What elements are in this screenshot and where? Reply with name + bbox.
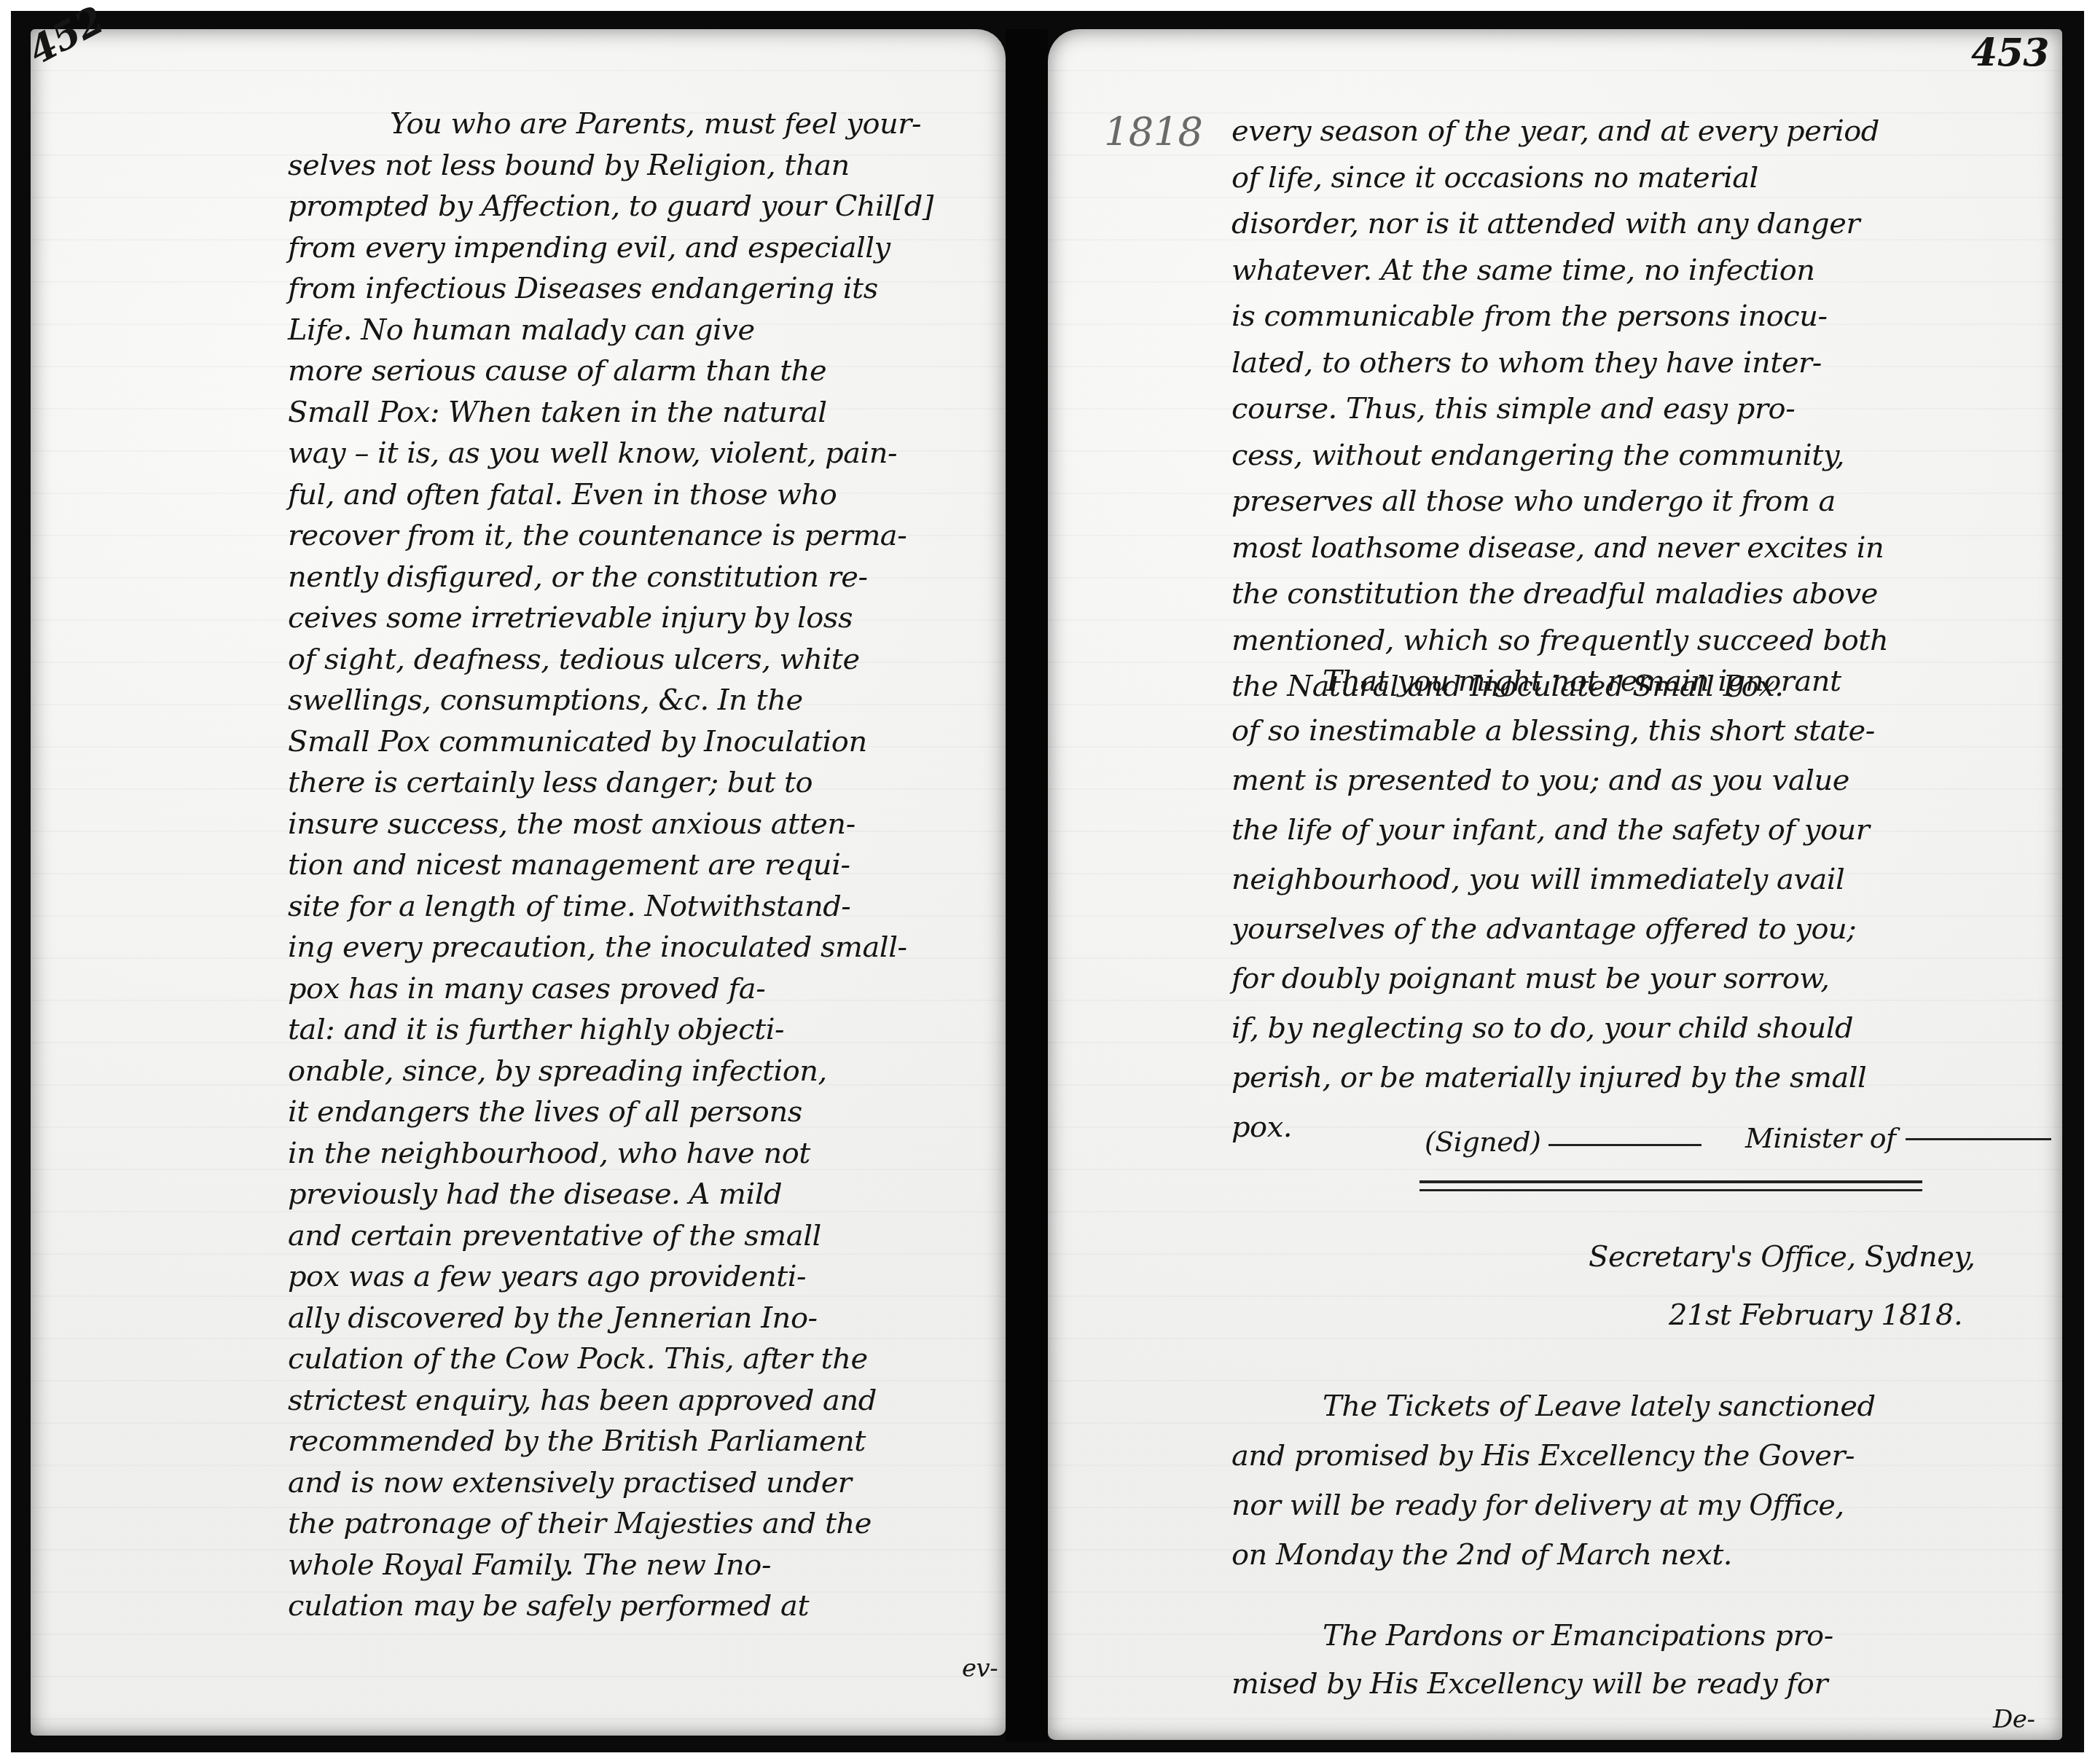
manuscript-line: pox. — [1231, 1113, 1292, 1142]
margin-year-note: 1818 — [1104, 109, 1202, 155]
manuscript-line: disorder, nor is it attended with any da… — [1231, 209, 1860, 238]
manuscript-line: The Tickets of Leave lately sanctioned — [1323, 1392, 1876, 1421]
manuscript-line: ally discovered by the Jennerian Ino- — [288, 1304, 817, 1333]
manuscript-line: preserves all those who undergo it from … — [1231, 487, 1836, 516]
manuscript-line: and promised by His Excellency the Gover… — [1231, 1441, 1855, 1470]
manuscript-line: ful, and often fatal. Even in those who — [288, 480, 837, 509]
manuscript-line: perish, or be materially injured by the … — [1231, 1063, 1866, 1092]
manuscript-line: if, by neglecting so to do, your child s… — [1231, 1014, 1853, 1043]
manuscript-line: on Monday the 2nd of March next. — [1231, 1540, 1732, 1569]
manuscript-line: prompted by Affection, to guard your Chi… — [288, 192, 933, 221]
signed-label: (Signed) — [1425, 1126, 1540, 1158]
right-catchword: De- — [1993, 1705, 2035, 1734]
manuscript-line: Life. No human malady can give — [288, 315, 755, 345]
manuscript-line: of so inestimable a blessing, this short… — [1231, 716, 1875, 745]
manuscript-line: from every impending evil, and especiall… — [288, 233, 890, 262]
manuscript-line: strictest enquiry, has been approved and — [288, 1386, 877, 1415]
minister-label: Minister of — [1745, 1122, 1896, 1154]
manuscript-line: ceives some irretrievable injury by loss — [288, 603, 853, 632]
manuscript-line: culation of the Cow Pock. This, after th… — [288, 1344, 868, 1373]
dateline-date: 21st February 1818. — [1669, 1301, 1962, 1330]
manuscript-line: cess, without endangering the community, — [1231, 441, 1844, 470]
manuscript-line: swellings, consumptions, &c. In the — [288, 686, 803, 715]
manuscript-line: onable, since, by spreading infection, — [288, 1057, 827, 1086]
manuscript-line: recover from it, the countenance is perm… — [288, 521, 906, 550]
manuscript-line: mised by His Excellency will be ready fo… — [1231, 1669, 1828, 1698]
manuscript-line: The Pardons or Emancipations pro- — [1323, 1621, 1833, 1650]
minister-blank-line — [1906, 1138, 2051, 1140]
manuscript-line: insure success, the most anxious atten- — [288, 810, 855, 839]
manuscript-line: the constitution the dreadful maladies a… — [1231, 579, 1878, 608]
manuscript-line: from infectious Diseases endangering its — [288, 274, 878, 303]
manuscript-line: selves not less bound by Religion, than — [288, 151, 850, 180]
manuscript-line: the life of your infant, and the safety … — [1231, 815, 1869, 844]
double-rule-bottom — [1419, 1189, 1922, 1191]
manuscript-line: of life, since it occasions no material — [1231, 163, 1758, 192]
manuscript-line: and certain preventative of the small — [288, 1221, 821, 1250]
manuscript-line: recommended by the British Parliament — [288, 1427, 866, 1456]
manuscript-line: most loathsome disease, and never excite… — [1231, 533, 1884, 562]
manuscript-line: whatever. At the same time, no infection — [1231, 256, 1815, 285]
manuscript-line: is communicable from the persons inocu- — [1231, 302, 1827, 331]
manuscript-line: Small Pox: When taken in the natural — [288, 398, 827, 427]
dateline-place: Secretary's Office, Sydney, — [1589, 1242, 1975, 1271]
manuscript-line: tion and nicest management are requi- — [288, 850, 850, 879]
manuscript-line: and is now extensively practised under — [288, 1468, 851, 1497]
left-catchword: ev- — [962, 1654, 998, 1683]
manuscript-line: of sight, deafness, tedious ulcers, whit… — [288, 645, 860, 674]
book-gutter — [1006, 29, 1048, 1741]
manuscript-line: more serious cause of alarm than the — [288, 356, 826, 385]
manuscript-line: previously had the disease. A mild — [288, 1180, 782, 1209]
manuscript-line: ment is presented to you; and as you val… — [1231, 766, 1849, 795]
manuscript-line: pox was a few years ago providenti- — [288, 1262, 806, 1291]
manuscript-line: pox has in many cases proved fa- — [288, 974, 765, 1003]
manuscript-line: it endangers the lives of all persons — [288, 1097, 802, 1126]
manuscript-line: neighbourhood, you will immediately avai… — [1231, 865, 1844, 894]
manuscript-line: That you might not remain ignorant — [1323, 667, 1841, 696]
manuscript-line: course. Thus, this simple and easy pro- — [1231, 394, 1795, 423]
manuscript-line: the patronage of their Majesties and the — [288, 1509, 872, 1538]
right-page-number: 453 — [1971, 31, 2049, 75]
manuscript-line: for doubly poignant must be your sorrow, — [1231, 964, 1830, 993]
manuscript-line: in the neighbourhood, who have not — [288, 1139, 810, 1168]
manuscript-line: nently disfigured, or the constitution r… — [288, 562, 867, 592]
manuscript-line: You who are Parents, must feel your- — [390, 109, 921, 138]
manuscript-line: nor will be ready for delivery at my Off… — [1231, 1491, 1844, 1520]
manuscript-line: there is certainly less danger; but to — [288, 768, 812, 797]
manuscript-line: Small Pox communicated by Inoculation — [288, 727, 867, 756]
manuscript-line: mentioned, which so frequently succeed b… — [1231, 626, 1888, 655]
manuscript-line: way – it is, as you well know, violent, … — [288, 439, 897, 468]
manuscript-line: lated, to others to whom they have inter… — [1231, 348, 1822, 377]
manuscript-line: culation may be safely performed at — [288, 1591, 809, 1620]
signature-blank-line — [1548, 1144, 1702, 1146]
manuscript-line: tal: and it is further highly objecti- — [288, 1015, 784, 1044]
manuscript-line: yourselves of the advantage offered to y… — [1231, 914, 1856, 944]
manuscript-line: site for a length of time. Notwithstand- — [288, 892, 850, 921]
manuscript-line: every season of the year, and at every p… — [1231, 117, 1879, 146]
manuscript-line: ing every precaution, the inoculated sma… — [288, 933, 906, 962]
manuscript-line: whole Royal Family. The new Ino- — [288, 1551, 771, 1580]
double-rule-top — [1419, 1180, 1922, 1183]
